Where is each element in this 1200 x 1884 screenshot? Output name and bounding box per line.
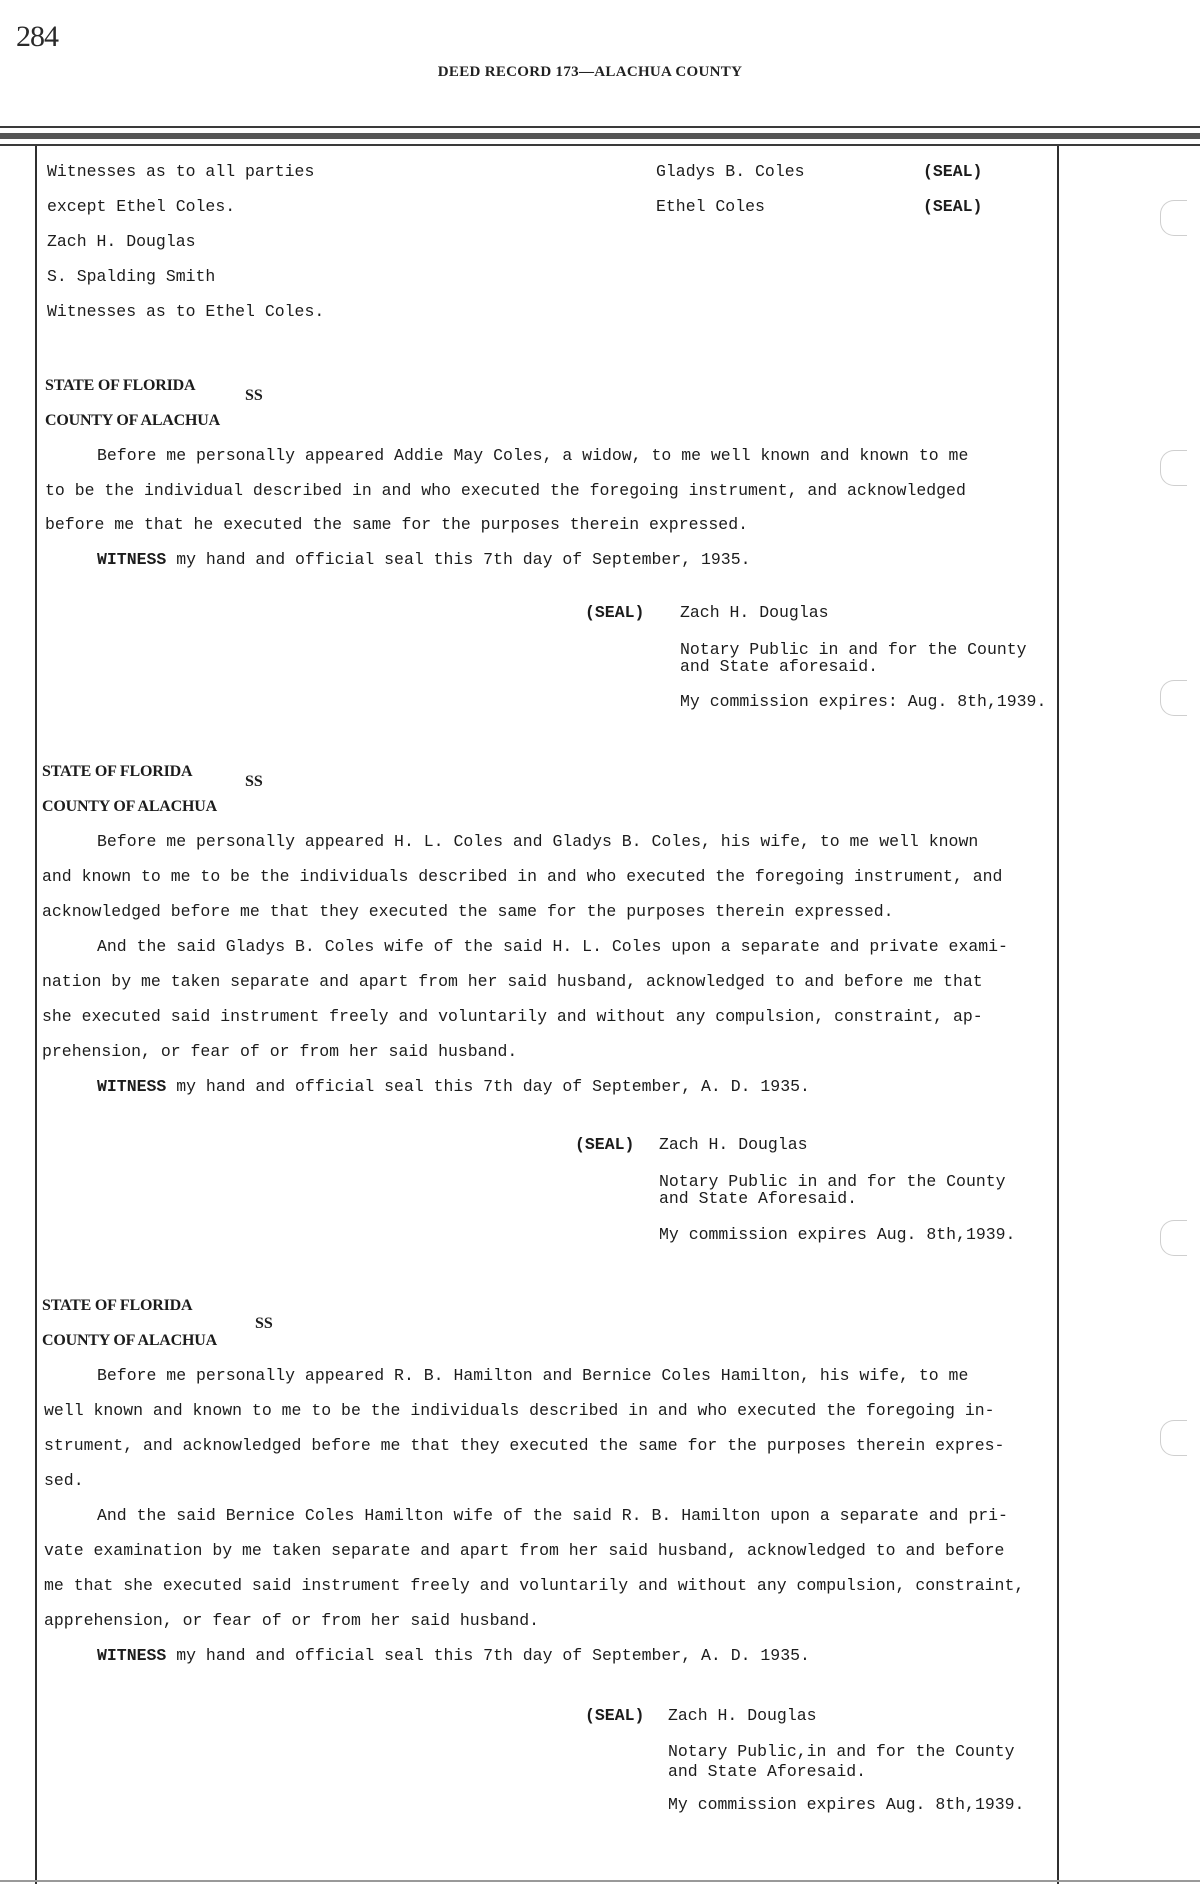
header-rule-bottom — [0, 144, 1200, 146]
seal-mark: (SEAL) — [923, 197, 982, 217]
page-bottom-edge — [0, 1880, 1200, 1882]
binder-hole-mark — [1160, 200, 1187, 236]
body-line: she executed said instrument freely and … — [42, 1007, 983, 1027]
binder-hole-mark — [1160, 450, 1187, 486]
body-line: well known and known to me to be the ind… — [44, 1401, 995, 1421]
witness-line: Witnesses as to all parties — [47, 162, 314, 182]
witness-text: my hand and official seal this 7th day o… — [166, 550, 750, 569]
ss-mark: SS — [245, 386, 263, 406]
county-caption: COUNTY OF ALACHUA — [42, 1331, 217, 1351]
right-margin-rule — [1057, 146, 1059, 1884]
witness-word: WITNESS — [97, 1077, 166, 1096]
seal-mark: (SEAL) — [923, 162, 982, 182]
notary-title: and State Aforesaid. — [668, 1762, 866, 1782]
binder-hole-mark — [1160, 1420, 1187, 1456]
body-line: sed. — [44, 1471, 84, 1491]
body-line: Before me personally appeared Addie May … — [97, 446, 968, 466]
body-line: to be the individual described in and wh… — [45, 481, 966, 501]
notary-name: Zach H. Douglas — [659, 1135, 808, 1155]
commission-expiry: My commission expires Aug. 8th,1939. — [668, 1795, 1024, 1815]
body-line: me that she executed said instrument fre… — [44, 1576, 1024, 1596]
left-margin-rule — [35, 146, 37, 1884]
state-caption: STATE OF FLORIDA — [42, 1296, 192, 1316]
notary-title: and State Aforesaid. — [659, 1189, 857, 1209]
record-title: DEED RECORD 173—ALACHUA COUNTY — [0, 64, 1180, 81]
state-caption: STATE OF FLORIDA — [42, 762, 192, 782]
binder-hole-mark — [1160, 1220, 1187, 1256]
commission-expiry: My commission expires: Aug. 8th,1939. — [680, 692, 1046, 712]
seal-mark: (SEAL) — [585, 1706, 644, 1726]
witness-line: Witnesses as to Ethel Coles. — [47, 302, 324, 322]
notary-title: and State aforesaid. — [680, 657, 878, 677]
witness-line: except Ethel Coles. — [47, 197, 235, 217]
witness-clause: WITNESS my hand and official seal this 7… — [97, 1646, 810, 1666]
binder-hole-mark — [1160, 680, 1187, 716]
witness-text: my hand and official seal this 7th day o… — [166, 1646, 810, 1665]
ss-mark: SS — [255, 1314, 273, 1334]
seal-mark: (SEAL) — [585, 603, 644, 623]
witness-clause: WITNESS my hand and official seal this 7… — [97, 1077, 810, 1097]
header-rule-top — [0, 126, 1200, 128]
body-line: nation by me taken separate and apart fr… — [42, 972, 983, 992]
body-line: strument, and acknowledged before me tha… — [44, 1436, 1004, 1456]
signer-name: Gladys B. Coles — [656, 162, 805, 182]
witness-name: S. Spalding Smith — [47, 267, 215, 287]
body-line: vate examination by me taken separate an… — [44, 1541, 1004, 1561]
witness-word: WITNESS — [97, 550, 166, 569]
body-line: And the said Bernice Coles Hamilton wife… — [97, 1506, 1008, 1526]
witness-clause: WITNESS my hand and official seal this 7… — [97, 550, 751, 570]
body-line: acknowledged before me that they execute… — [42, 902, 894, 922]
notary-title: Notary Public,in and for the County — [668, 1742, 1015, 1762]
ss-mark: SS — [245, 772, 263, 792]
witness-name: Zach H. Douglas — [47, 232, 196, 252]
seal-mark: (SEAL) — [575, 1135, 634, 1155]
signer-name: Ethel Coles — [656, 197, 765, 217]
witness-text: my hand and official seal this 7th day o… — [166, 1077, 810, 1096]
body-line: before me that he executed the same for … — [45, 515, 748, 535]
county-caption: COUNTY OF ALACHUA — [45, 411, 220, 431]
state-caption: STATE OF FLORIDA — [45, 376, 195, 396]
body-line: and known to me to be the individuals de… — [42, 867, 1002, 887]
notary-name: Zach H. Douglas — [680, 603, 829, 623]
county-caption: COUNTY OF ALACHUA — [42, 797, 217, 817]
witness-word: WITNESS — [97, 1646, 166, 1665]
body-line: And the said Gladys B. Coles wife of the… — [97, 937, 1008, 957]
commission-expiry: My commission expires Aug. 8th,1939. — [659, 1225, 1015, 1245]
body-line: prehension, or fear of or from her said … — [42, 1042, 517, 1062]
body-line: Before me personally appeared R. B. Hami… — [97, 1366, 968, 1386]
notary-name: Zach H. Douglas — [668, 1706, 817, 1726]
page-number: 284 — [16, 20, 58, 54]
header-rule-thick — [0, 133, 1200, 139]
body-line: Before me personally appeared H. L. Cole… — [97, 832, 978, 852]
body-line: apprehension, or fear of or from her sai… — [44, 1611, 539, 1631]
